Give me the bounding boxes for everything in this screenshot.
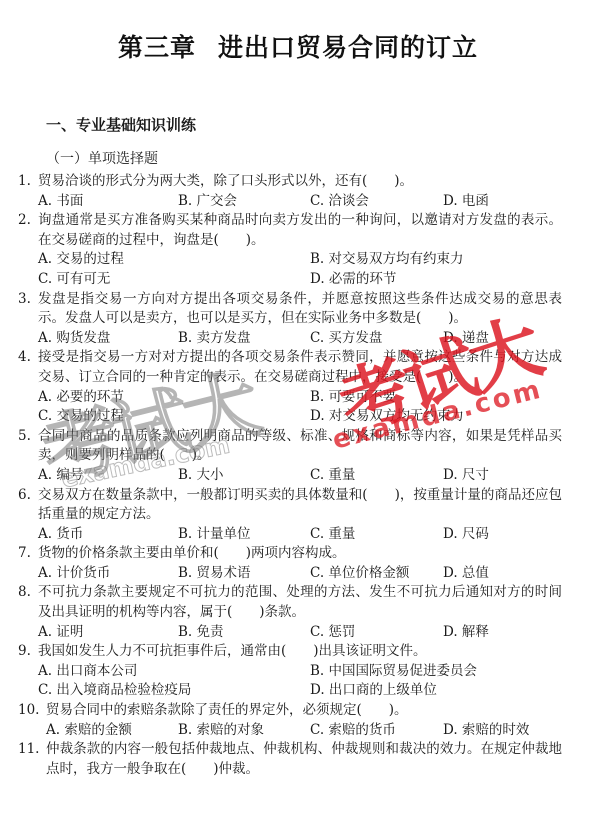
option-a: A. 索赔的金额 [46,721,132,741]
options: A. 购货发盘 B. 卖方发盘 C. 买方发盘 D. 递盘 [38,329,596,349]
question-stem: 询盘通常是买方准备购买某种商品时向卖方发出的一种询问，以邀请对方发盘的表示。在交… [38,211,562,250]
question-stem: 我国如发生人力不可抗拒事件后，通常由( )出具该证明文件。 [38,642,562,662]
question-number: 10. [18,701,38,721]
section-heading: 一、专业基础知识训练 [46,114,196,135]
option-c: C. 可有可无 [38,270,110,290]
option-c: C. 索赔的货币 [310,721,396,741]
question-5: 5. 合同中商品的品质条款应列明商品的等级、标准、规格和商标等内容，如果是凭样品… [0,427,596,486]
option-b: B. 免责 [178,623,224,643]
question-number: 4. [18,348,38,368]
options: C. 出入境商品检验检疫局 D. 出口商的上级单位 [38,681,596,701]
options: A. 索赔的金额 B. 索赔的对象 C. 索赔的货币 D. 索赔的时效 [46,721,596,741]
question-10: 10. 贸易合同中的索赔条款除了责任的界定外，必须规定( )。 A. 索赔的金额… [0,701,596,740]
option-a: A. 出口商本公司 [38,662,137,682]
option-a: A. 必要的环节 [38,388,124,408]
option-d: D. 必需的环节 [310,270,396,290]
options: C. 可有可无 D. 必需的环节 [38,270,596,290]
subsection-heading: （一）单项选择题 [46,148,158,168]
question-stem: 发盘是指交易一方向对方提出各项交易条件，并愿意按照这些条件达成交易的意思表示。发… [38,290,562,329]
option-a: A. 证明 [38,623,83,643]
options: A. 计价货币 B. 贸易术语 C. 单位价格金额 D. 总值 [38,564,596,584]
option-a: A. 书面 [38,192,83,212]
option-d: D. 对交易双方均无约束力 [310,407,464,427]
option-b: B. 中国国际贸易促进委员会 [310,662,477,682]
option-c: C. 交易的过程 [38,407,124,427]
question-stem: 不可抗力条款主要规定不可抗力的范围、处理的方法、发生不可抗力后通知对方的时间及出… [38,583,562,622]
question-number: 9. [18,642,38,662]
option-c: C. 洽谈会 [310,192,369,212]
chapter-name: 进出口贸易合同的订立 [218,33,478,62]
question-number: 3. [18,290,38,310]
question-3: 3. 发盘是指交易一方向对方提出各项交易条件，并愿意按照这些条件达成交易的意思表… [0,290,596,349]
option-b: B. 卖方发盘 [178,329,251,349]
question-stem: 仲裁条款的内容一般包括仲裁地点、仲裁机构、仲裁规则和裁决的效力。在规定仲裁地点时… [46,740,562,779]
option-d: D. 索赔的时效 [443,721,529,741]
question-stem: 贸易合同中的索赔条款除了责任的界定外，必须规定( )。 [46,701,562,721]
options: A. 货币 B. 计量单位 C. 重量 D. 尺码 [38,525,596,545]
question-number: 11. [18,740,38,760]
option-c: C. 重量 [310,525,355,545]
option-b: B. 广交会 [178,192,237,212]
question-number: 7. [18,544,38,564]
question-4: 4. 接受是指交易一方对对方提出的各项交易条件表示赞同，并愿意按这些条件与对方达… [0,348,596,426]
options: A. 交易的过程 B. 对交易双方均有约束力 [38,250,596,270]
option-c: C. 惩罚 [310,623,355,643]
option-a: A. 计价货币 [38,564,110,584]
option-d: D. 递盘 [443,329,489,349]
option-b: B. 大小 [178,466,224,486]
question-stem: 接受是指交易一方对对方提出的各项交易条件表示赞同，并愿意按这些条件与对方达成交易… [38,348,562,387]
question-stem: 交易双方在数量条款中，一般都订明买卖的具体数量和( )，按重量计量的商品还应包括… [38,486,562,525]
options: C. 交易的过程 D. 对交易双方均无约束力 [38,407,596,427]
option-d: D. 总值 [443,564,489,584]
question-8: 8. 不可抗力条款主要规定不可抗力的范围、处理的方法、发生不可抗力后通知对方的时… [0,583,596,642]
option-d: D. 出口商的上级单位 [310,681,437,701]
option-b: B. 计量单位 [178,525,251,545]
option-d: D. 解释 [443,623,489,643]
question-11: 11. 仲裁条款的内容一般包括仲裁地点、仲裁机构、仲裁规则和裁决的效力。在规定仲… [0,740,596,779]
question-7: 7. 货物的价格条款主要由单价和( )两项内容构成。 A. 计价货币 B. 贸易… [0,544,596,583]
question-1: 1. 贸易洽谈的形式分为两大类，除了口头形式以外，还有( )。 A. 书面 B.… [0,172,596,211]
option-c: C. 重量 [310,466,355,486]
option-d: D. 尺码 [443,525,489,545]
option-b: B. 索赔的对象 [178,721,264,741]
option-d: D. 尺寸 [443,466,489,486]
options: A. 必要的环节 B. 可要可不要 [38,388,596,408]
question-stem: 贸易洽谈的形式分为两大类，除了口头形式以外，还有( )。 [38,172,562,192]
chapter-title: 第三章进出口贸易合同的订立 [0,28,596,64]
chapter-number: 第三章 [118,33,196,62]
option-c: C. 出入境商品检验检疫局 [38,681,191,701]
options: A. 编号 B. 大小 C. 重量 D. 尺寸 [38,466,596,486]
option-c: C. 单位价格金额 [310,564,409,584]
question-9: 9. 我国如发生人力不可抗拒事件后，通常由( )出具该证明文件。 A. 出口商本… [0,642,596,701]
question-stem: 货物的价格条款主要由单价和( )两项内容构成。 [38,544,562,564]
option-a: A. 货币 [38,525,83,545]
option-d: D. 电函 [443,192,489,212]
option-a: A. 交易的过程 [38,250,124,270]
question-stem: 合同中商品的品质条款应列明商品的等级、标准、规格和商标等内容，如果是凭样品买卖，… [38,427,562,466]
option-a: A. 购货发盘 [38,329,110,349]
question-number: 8. [18,583,38,603]
question-list: 1. 贸易洽谈的形式分为两大类，除了口头形式以外，还有( )。 A. 书面 B.… [0,172,596,779]
question-number: 2. [18,211,38,231]
question-number: 1. [18,172,38,192]
options: A. 证明 B. 免责 C. 惩罚 D. 解释 [38,623,596,643]
option-b: B. 贸易术语 [178,564,251,584]
option-a: A. 编号 [38,466,83,486]
question-number: 5. [18,427,38,447]
options: A. 出口商本公司 B. 中国国际贸易促进委员会 [38,662,596,682]
option-c: C. 买方发盘 [310,329,382,349]
question-6: 6. 交易双方在数量条款中，一般都订明买卖的具体数量和( )，按重量计量的商品还… [0,486,596,545]
option-b: B. 可要可不要 [310,388,396,408]
options: A. 书面 B. 广交会 C. 洽谈会 D. 电函 [38,192,596,212]
option-b: B. 对交易双方均有约束力 [310,250,464,270]
question-number: 6. [18,486,38,506]
question-2: 2. 询盘通常是买方准备购买某种商品时向卖方发出的一种询问，以邀请对方发盘的表示… [0,211,596,289]
